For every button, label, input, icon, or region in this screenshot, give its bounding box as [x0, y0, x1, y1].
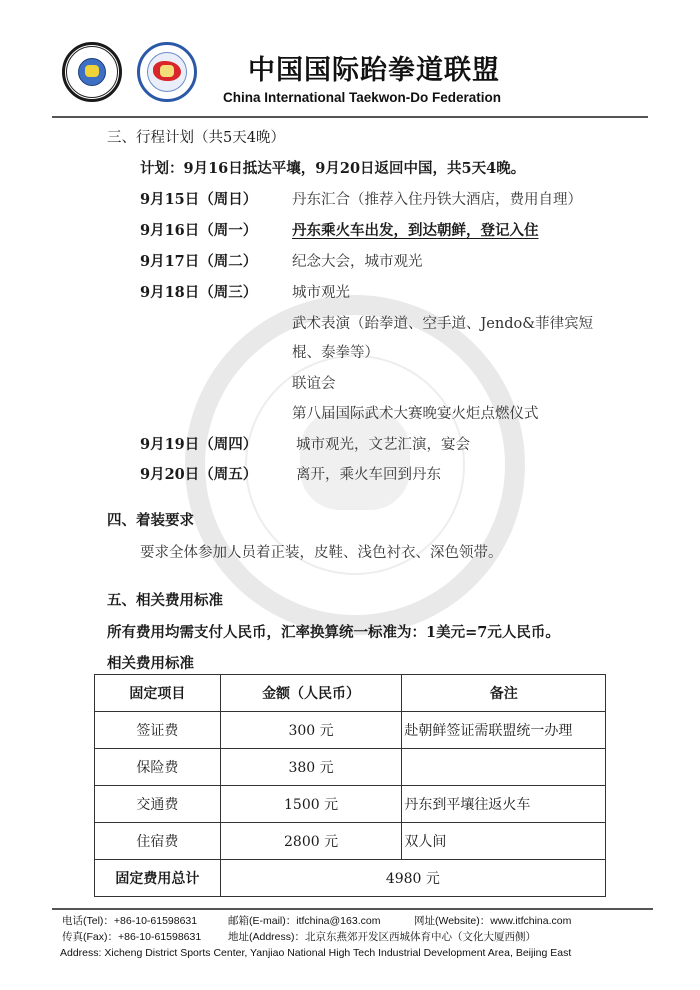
fee-item: 保险费 — [95, 749, 221, 786]
schedule-date: 9月17日（周二） — [140, 250, 257, 271]
column-header: 金额（人民币） — [220, 675, 402, 712]
schedule-item: 联谊会 — [292, 372, 336, 393]
table-row: 交通费 1500 元 丹东到平壤往返火车 — [95, 786, 606, 823]
org-title-cn: 中国国际跆拳道联盟 — [248, 48, 500, 87]
table-row: 保险费 380 元 — [95, 749, 606, 786]
table-total-row: 固定费用总计 4980 元 — [95, 860, 606, 897]
schedule-item: 丹东汇合（推荐入住丹铁大酒店，费用自理） — [292, 188, 582, 209]
column-header: 备注 — [402, 675, 606, 712]
fee-amount: 2800 元 — [220, 823, 402, 860]
table-header-row: 固定项目 金额（人民币） 备注 — [95, 675, 606, 712]
itf-logo — [62, 42, 122, 102]
fist-icon — [160, 65, 174, 77]
footer-address-en: Address: Xicheng District Sports Center,… — [60, 945, 571, 961]
footer-tel: 电话(Tel)：+86-10-61598631 — [62, 913, 197, 929]
table-row: 签证费 300 元 赴朝鲜签证需联盟统一办理 — [95, 712, 606, 749]
footer-email: 邮箱(E-mail)：itfchina@163.com — [228, 913, 380, 929]
org-title-en: China International Taekwon-Do Federatio… — [223, 90, 501, 105]
schedule-date: 9月19日（周四） — [140, 433, 257, 454]
section3-heading: 三、行程计划（共5天4晚） — [107, 126, 285, 147]
schedule-item: 离开，乘火车回到丹东 — [296, 463, 441, 484]
fee-item: 交通费 — [95, 786, 221, 823]
footer-website: 网址(Website)：www.itfchina.com — [414, 913, 571, 929]
schedule-date: 9月18日（周三） — [140, 281, 257, 302]
exchange-rate-note: 所有费用均需支付人民币，汇率换算统一标准为：1美元=7元人民币。 — [107, 621, 560, 642]
fee-amount: 380 元 — [220, 749, 402, 786]
fee-note — [402, 749, 606, 786]
table-row: 住宿费 2800 元 双人间 — [95, 823, 606, 860]
dress-code-text: 要求全体参加人员着正装，皮鞋、浅色衬衣、深色领带。 — [140, 541, 503, 562]
footer-fax: 传真(Fax)：+86-10-61598631 — [62, 929, 201, 945]
footer-address-cn: 地址(Address)：北京东燕郊开发区西城体育中心（文化大厦西侧） — [228, 929, 536, 945]
fee-amount: 300 元 — [220, 712, 402, 749]
schedule-item: 城市观光，文艺汇演，宴会 — [296, 433, 470, 454]
fee-note: 丹东到平壤往返火车 — [402, 786, 606, 823]
schedule-item: 城市观光 — [292, 281, 350, 302]
schedule-date: 9月16日（周一） — [140, 219, 257, 240]
fee-table: 固定项目 金额（人民币） 备注 签证费 300 元 赴朝鲜签证需联盟统一办理 保… — [94, 674, 606, 897]
section5-heading: 五、相关费用标准 — [107, 589, 223, 610]
citf-logo — [137, 42, 197, 102]
schedule-date: 9月15日（周日） — [140, 188, 257, 209]
total-value: 4980 元 — [220, 860, 605, 897]
plan-summary: 计划：9月16日抵达平壤，9月20日返回中国，共5天4晚。 — [140, 157, 525, 178]
fee-item: 签证费 — [95, 712, 221, 749]
schedule-item: 纪念大会，城市观光 — [292, 250, 423, 271]
fist-icon — [85, 65, 99, 77]
schedule-item: 丹东乘火车出发，到达朝鲜，登记入住 — [292, 219, 539, 240]
total-label: 固定费用总计 — [95, 860, 221, 897]
fee-table-caption: 相关费用标准 — [107, 652, 194, 673]
column-header: 固定项目 — [95, 675, 221, 712]
section4-heading: 四、着装要求 — [107, 509, 194, 530]
fee-amount: 1500 元 — [220, 786, 402, 823]
footer-divider — [52, 908, 653, 910]
fee-item: 住宿费 — [95, 823, 221, 860]
header-divider — [52, 116, 648, 118]
watermark-fist — [300, 410, 410, 510]
schedule-item: 棍、泰拳等） — [292, 341, 379, 362]
fee-note: 双人间 — [402, 823, 606, 860]
fee-note: 赴朝鲜签证需联盟统一办理 — [402, 712, 606, 749]
schedule-item: 第八届国际武术大赛晚宴火炬点燃仪式 — [292, 402, 539, 423]
letterhead: 中国国际跆拳道联盟 China International Taekwon-Do… — [0, 0, 700, 120]
schedule-date: 9月20日（周五） — [140, 463, 257, 484]
schedule-item: 武术表演（跆拳道、空手道、Jendo&菲律宾短 — [292, 312, 593, 333]
